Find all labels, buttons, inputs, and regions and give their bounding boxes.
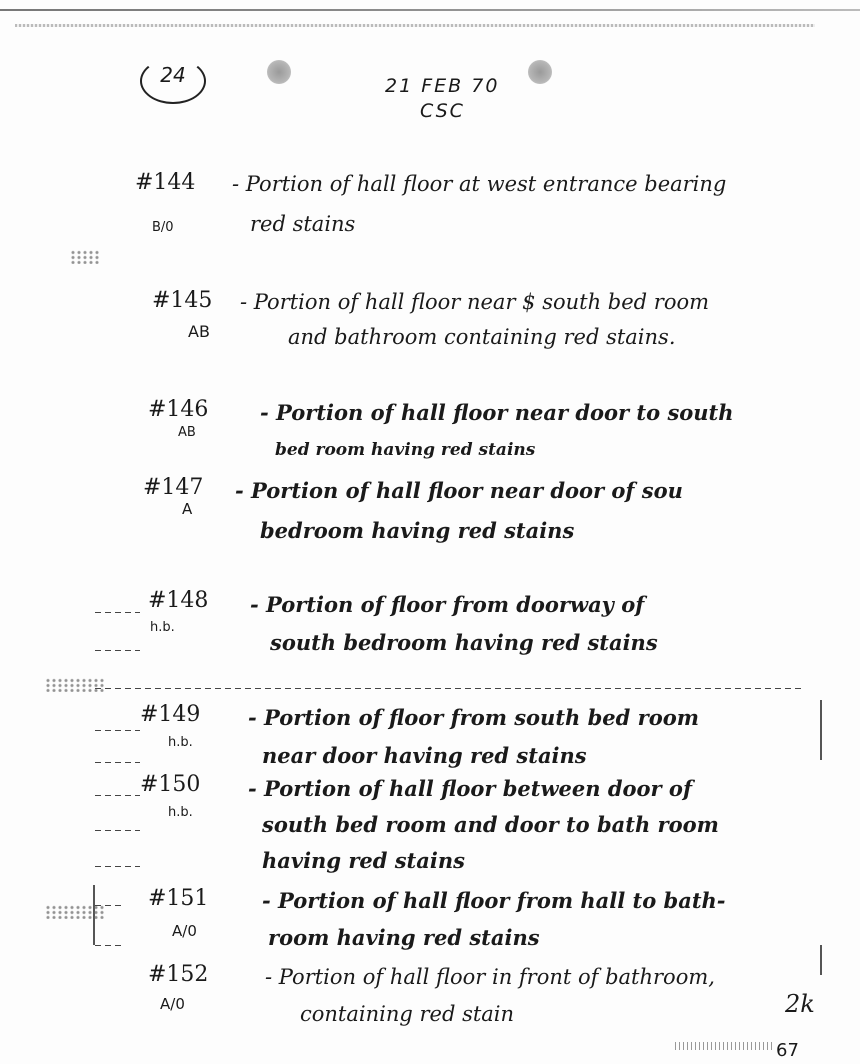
evidence-subcode: A/0 <box>172 922 197 940</box>
evidence-number: #149 <box>140 702 200 727</box>
evidence-description-line: - Portion of hall floor near $ south bed… <box>240 290 709 314</box>
evidence-description-line: - Portion of hall floor from hall to bat… <box>262 888 726 913</box>
evidence-description-line: red stains <box>250 212 355 236</box>
margin-bracket <box>820 700 822 760</box>
evidence-description-line: - Portion of hall floor near door to sou… <box>260 400 734 425</box>
evidence-subcode: B/0 <box>152 220 174 235</box>
evidence-number: #144 <box>135 170 195 195</box>
evidence-description-line: containing red stain <box>300 1002 514 1026</box>
evidence-description-line: - Portion of floor from doorway of <box>250 592 644 617</box>
evidence-description-line: bedroom having red stains <box>260 518 574 543</box>
ruled-line <box>95 650 140 651</box>
evidence-number: #151 <box>148 886 208 911</box>
evidence-subcode: h.b. <box>168 735 193 750</box>
evidence-description-line: - Portion of hall floor near door of sou <box>235 478 683 503</box>
header-date: 21 FEB 70 <box>385 75 499 97</box>
evidence-subcode: AB <box>188 322 210 341</box>
evidence-description-line: room having red stains <box>268 925 540 950</box>
ruled-line <box>95 730 140 731</box>
evidence-description-line: south bedroom having red stains <box>270 630 658 655</box>
ruled-line <box>95 612 140 613</box>
punch-hole <box>528 60 552 84</box>
evidence-description-line: having red stains <box>262 848 465 873</box>
ruled-line <box>95 688 805 689</box>
scan-speckle <box>45 905 105 919</box>
evidence-number: #148 <box>148 588 208 613</box>
evidence-description-line: bed room having red stains <box>275 440 535 460</box>
evidence-number: #150 <box>140 772 200 797</box>
evidence-subcode: h.b. <box>168 805 193 820</box>
evidence-description-line: - Portion of hall floor between door of <box>248 776 692 801</box>
ruled-line <box>95 866 140 867</box>
evidence-number: #146 <box>148 397 208 422</box>
evidence-description-line: - Portion of hall floor at west entrance… <box>232 172 726 196</box>
evidence-description-line: south bed room and door to bath room <box>262 812 719 837</box>
evidence-number: #145 <box>152 288 212 313</box>
evidence-description-line: near door having red stains <box>262 743 587 768</box>
evidence-subcode: A <box>182 500 192 518</box>
evidence-description-line: - Portion of hall floor in front of bath… <box>265 965 715 989</box>
evidence-subcode: AB <box>178 425 196 440</box>
scan-noise-strip <box>675 1042 775 1050</box>
page-number: 67 <box>776 1040 799 1061</box>
margin-bracket <box>820 945 822 975</box>
ruled-line <box>95 762 140 763</box>
circled-page-number: 24 <box>140 58 206 104</box>
scan-speckle <box>70 250 100 264</box>
header-initials: CSC <box>420 100 465 122</box>
evidence-subcode: h.b. <box>150 620 175 635</box>
punch-hole <box>267 60 291 84</box>
ruled-line <box>95 830 140 831</box>
reviewer-initials: 2k <box>785 990 815 1018</box>
ruled-line <box>95 795 140 796</box>
scan-top-border <box>0 9 860 11</box>
evidence-description-line: - Portion of floor from south bed room <box>248 705 699 730</box>
ruled-line <box>95 945 123 946</box>
scan-speckle <box>45 678 105 692</box>
evidence-description-line: and bathroom containing red stains. <box>288 325 676 349</box>
evidence-number: #152 <box>148 962 208 987</box>
scan-noise-strip <box>15 24 815 27</box>
evidence-subcode: A/0 <box>160 995 185 1013</box>
evidence-number: #147 <box>143 475 203 500</box>
